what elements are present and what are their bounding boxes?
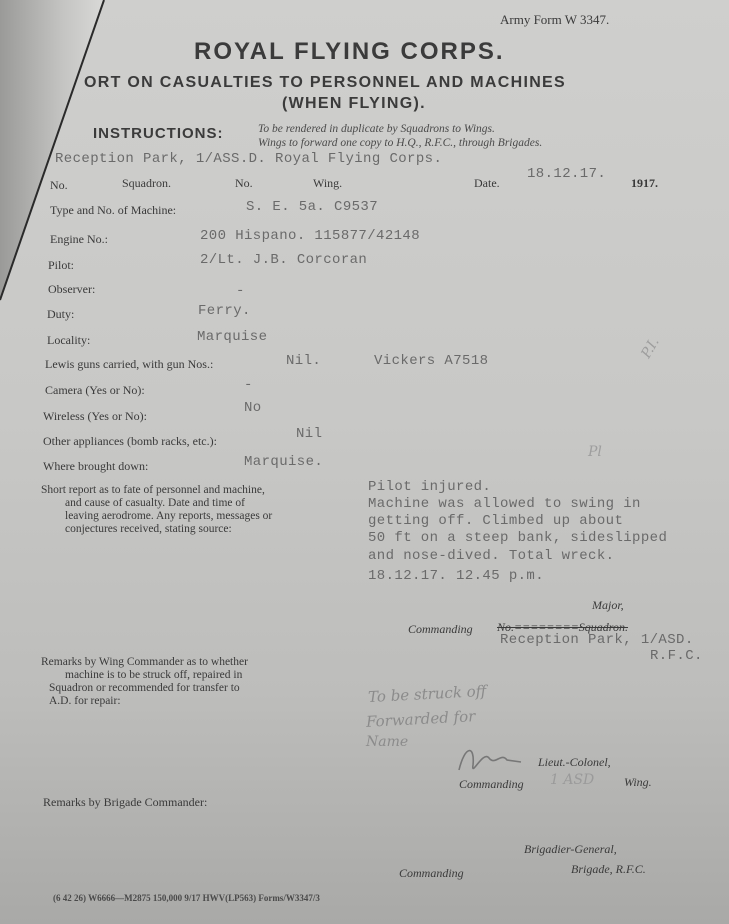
wing-suffix: Wing.: [624, 775, 652, 790]
squadron-label: Squadron.: [122, 176, 171, 191]
report-line: 50 ft on a steep bank, sideslipped: [368, 530, 667, 547]
field-value-pilot: 2/Lt. J.B. Corcoran: [200, 252, 367, 268]
field-label-duty: Duty:: [47, 307, 74, 322]
instructions-line-2: Wings to forward one copy to H.Q., R.F.C…: [258, 137, 542, 149]
report-line: Machine was allowed to swing in: [368, 496, 667, 513]
short-report-label-line: Short report as to fate of personnel and…: [41, 484, 353, 497]
field-label-pilot: Pilot:: [48, 258, 74, 273]
instructions-label: INSTRUCTIONS:: [93, 125, 224, 142]
short-report-label-line: leaving aerodrome. Any reports, messages…: [41, 510, 353, 523]
wing-rank: Lieut.-Colonel,: [538, 755, 611, 770]
field-value-lewis-guns: Nil.: [286, 353, 321, 369]
form-page: Army Form W 3347. ROYAL FLYING CORPS. OR…: [0, 0, 729, 924]
report-line: getting off. Climbed up about: [368, 513, 667, 530]
handwritten-remark-1: To be struck off: [368, 682, 487, 706]
field-value-vickers: Vickers A7518: [374, 353, 488, 369]
wing-label: Wing.: [313, 176, 342, 191]
squadron-rank: Major,: [592, 598, 624, 613]
no-label: No.: [50, 178, 68, 193]
field-label-engine: Engine No.:: [50, 232, 108, 247]
wing-remarks-line: A.D. for repair:: [41, 695, 335, 708]
field-value-brought-down: Marquise.: [244, 454, 323, 470]
field-label-lewis-guns: Lewis guns carried, with gun Nos.:: [45, 357, 213, 372]
org-title: ROYAL FLYING CORPS.: [194, 38, 505, 66]
brigade-rank: Brigadier-General,: [524, 842, 617, 857]
wing-handwritten-unit: 1 ASD: [550, 772, 594, 788]
field-label-other-appliances: Other appliances (bomb racks, etc.):: [43, 434, 217, 449]
no2-label: No.: [235, 176, 253, 191]
field-label-machine: Type and No. of Machine:: [50, 203, 176, 218]
field-value-locality: Marquise: [197, 329, 267, 345]
brigade-suffix: Brigade, R.F.C.: [571, 862, 646, 877]
field-value-camera: -: [244, 377, 253, 393]
field-value-engine: 200 Hispano. 115877/42148: [200, 228, 420, 244]
footer-print-code: (6 42 26) W6666—M2875 150,000 9/17 HWV(L…: [53, 893, 320, 903]
wing-remarks-label: Remarks by Wing Commander as to whether …: [41, 656, 335, 708]
short-report-text: Pilot injured. Machine was allowed to sw…: [368, 479, 667, 587]
wing-commanding: Commanding: [459, 777, 524, 792]
squadron-typed-unit-1: Reception Park, 1/ASD.: [500, 632, 694, 648]
typed-unit: Reception Park, 1/ASS.D. Royal Flying Co…: [55, 151, 442, 167]
squadron-typed-unit-2: R.F.C.: [650, 648, 703, 664]
form-number: Army Form W 3347.: [500, 12, 609, 28]
report-subtitle: (WHEN FLYING).: [282, 95, 426, 113]
margin-note-2: Pl: [588, 444, 602, 460]
wing-commander-signature: [455, 740, 525, 780]
field-label-brought-down: Where brought down:: [43, 459, 148, 474]
handwritten-remark-2: Forwarded for: [366, 707, 476, 731]
short-report-label-line: conjectures received, stating source:: [41, 523, 353, 536]
field-value-observer: -: [236, 283, 245, 299]
report-line: Pilot injured.: [368, 479, 667, 496]
report-line: and nose-dived. Total wreck.: [368, 547, 667, 566]
wing-remarks-line: machine is to be struck off, repaired in: [41, 669, 335, 682]
report-line: 18.12.17. 12.45 p.m.: [368, 566, 667, 587]
squadron-commanding: Commanding: [408, 622, 473, 637]
field-label-observer: Observer:: [48, 282, 95, 297]
field-label-camera: Camera (Yes or No):: [45, 383, 145, 398]
field-value-other-appliances: Nil: [296, 426, 322, 442]
year-printed: 1917.: [631, 176, 658, 191]
handwritten-remark-3: Name: [366, 734, 408, 750]
brigade-remarks-label: Remarks by Brigade Commander:: [43, 795, 207, 810]
wing-remarks-line: Squadron or recommended for transfer to: [41, 682, 335, 695]
field-label-locality: Locality:: [47, 333, 90, 348]
field-label-wireless: Wireless (Yes or No):: [43, 409, 147, 424]
short-report-label-line: and cause of casualty. Date and time of: [41, 497, 353, 510]
brigade-commanding: Commanding: [399, 866, 464, 881]
report-title: ORT ON CASUALTIES TO PERSONNEL AND MACHI…: [84, 74, 566, 92]
instructions-line-1: To be rendered in duplicate by Squadrons…: [258, 123, 495, 135]
margin-note-1: P.I.: [638, 335, 662, 361]
wing-remarks-line: Remarks by Wing Commander as to whether: [41, 656, 335, 669]
field-value-machine: S. E. 5a. C9537: [246, 199, 378, 215]
field-value-wireless: No: [244, 400, 262, 416]
field-value-duty: Ferry.: [198, 303, 251, 319]
date-value: 18.12.17.: [527, 166, 606, 182]
date-label: Date.: [474, 176, 500, 191]
short-report-label: Short report as to fate of personnel and…: [41, 484, 353, 536]
